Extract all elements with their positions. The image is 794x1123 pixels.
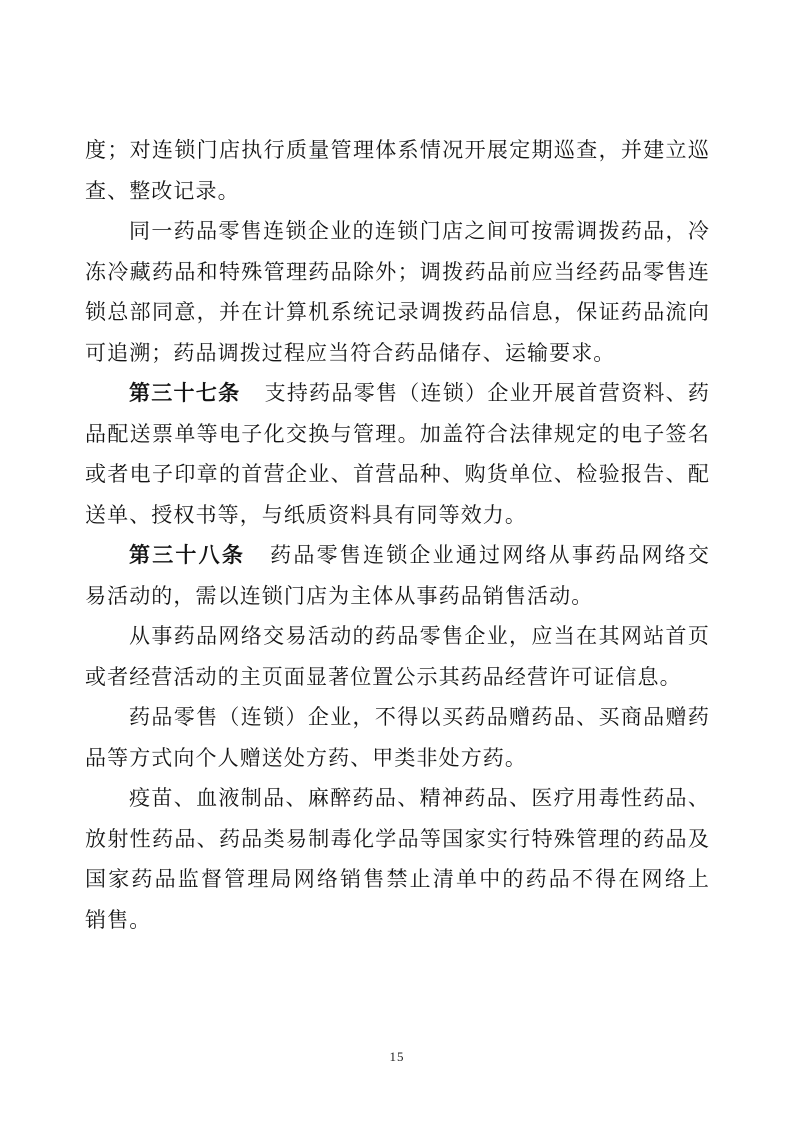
document-page: 度；对连锁门店执行质量管理体系情况开展定期巡查，并建立巡查、整改记录。同一药品零…	[0, 0, 794, 1123]
document-body: 度；对连锁门店执行质量管理体系情况开展定期巡查，并建立巡查、整改记录。同一药品零…	[85, 130, 710, 940]
text-line: 冻冷藏药品和特殊管理药品除外；调拨药品前应当经药品零售连	[85, 252, 710, 293]
text-line: 销售。	[85, 900, 710, 941]
page-footer: 15	[0, 1048, 794, 1066]
text-line: 同一药品零售连锁企业的连锁门店之间可按需调拨药品，冷	[85, 211, 710, 252]
text-line: 可追溯；药品调拨过程应当符合药品储存、运输要求。	[85, 333, 710, 374]
text-line: 疫苗、血液制品、麻醉药品、精神药品、医疗用毒性药品、	[85, 778, 710, 819]
text-line: 药品零售（连锁）企业，不得以买药品赠药品、买商品赠药	[85, 697, 710, 738]
text-line: 品配送票单等电子化交换与管理。加盖符合法律规定的电子签名	[85, 414, 710, 455]
text-line: 国家药品监督管理局网络销售禁止清单中的药品不得在网络上	[85, 859, 710, 900]
text-line: 放射性药品、药品类易制毒化学品等国家实行特殊管理的药品及	[85, 819, 710, 860]
text-line: 锁总部同意，并在计算机系统记录调拨药品信息，保证药品流向	[85, 292, 710, 333]
text-line: 易活动的，需以连锁门店为主体从事药品销售活动。	[85, 576, 710, 617]
text-line: 度；对连锁门店执行质量管理体系情况开展定期巡查，并建立巡	[85, 130, 710, 171]
article-number: 第三十七条	[129, 381, 240, 405]
line-text: 药品零售连锁企业通过网络从事药品网络交	[269, 543, 710, 567]
line-text: 支持药品零售（连锁）企业开展首营资料、药	[264, 381, 710, 405]
article-number: 第三十八条	[129, 543, 245, 567]
text-line: 送单、授权书等，与纸质资料具有同等效力。	[85, 495, 710, 536]
text-line: 第三十八条药品零售连锁企业通过网络从事药品网络交	[85, 535, 710, 576]
text-line: 或者经营活动的主页面显著位置公示其药品经营许可证信息。	[85, 657, 710, 698]
text-line: 品等方式向个人赠送处方药、甲类非处方药。	[85, 738, 710, 779]
text-line: 或者电子印章的首营企业、首营品种、购货单位、检验报告、配	[85, 454, 710, 495]
page-number: 15	[390, 1049, 405, 1064]
text-line: 查、整改记录。	[85, 171, 710, 212]
text-line: 第三十七条支持药品零售（连锁）企业开展首营资料、药	[85, 373, 710, 414]
text-line: 从事药品网络交易活动的药品零售企业，应当在其网站首页	[85, 616, 710, 657]
